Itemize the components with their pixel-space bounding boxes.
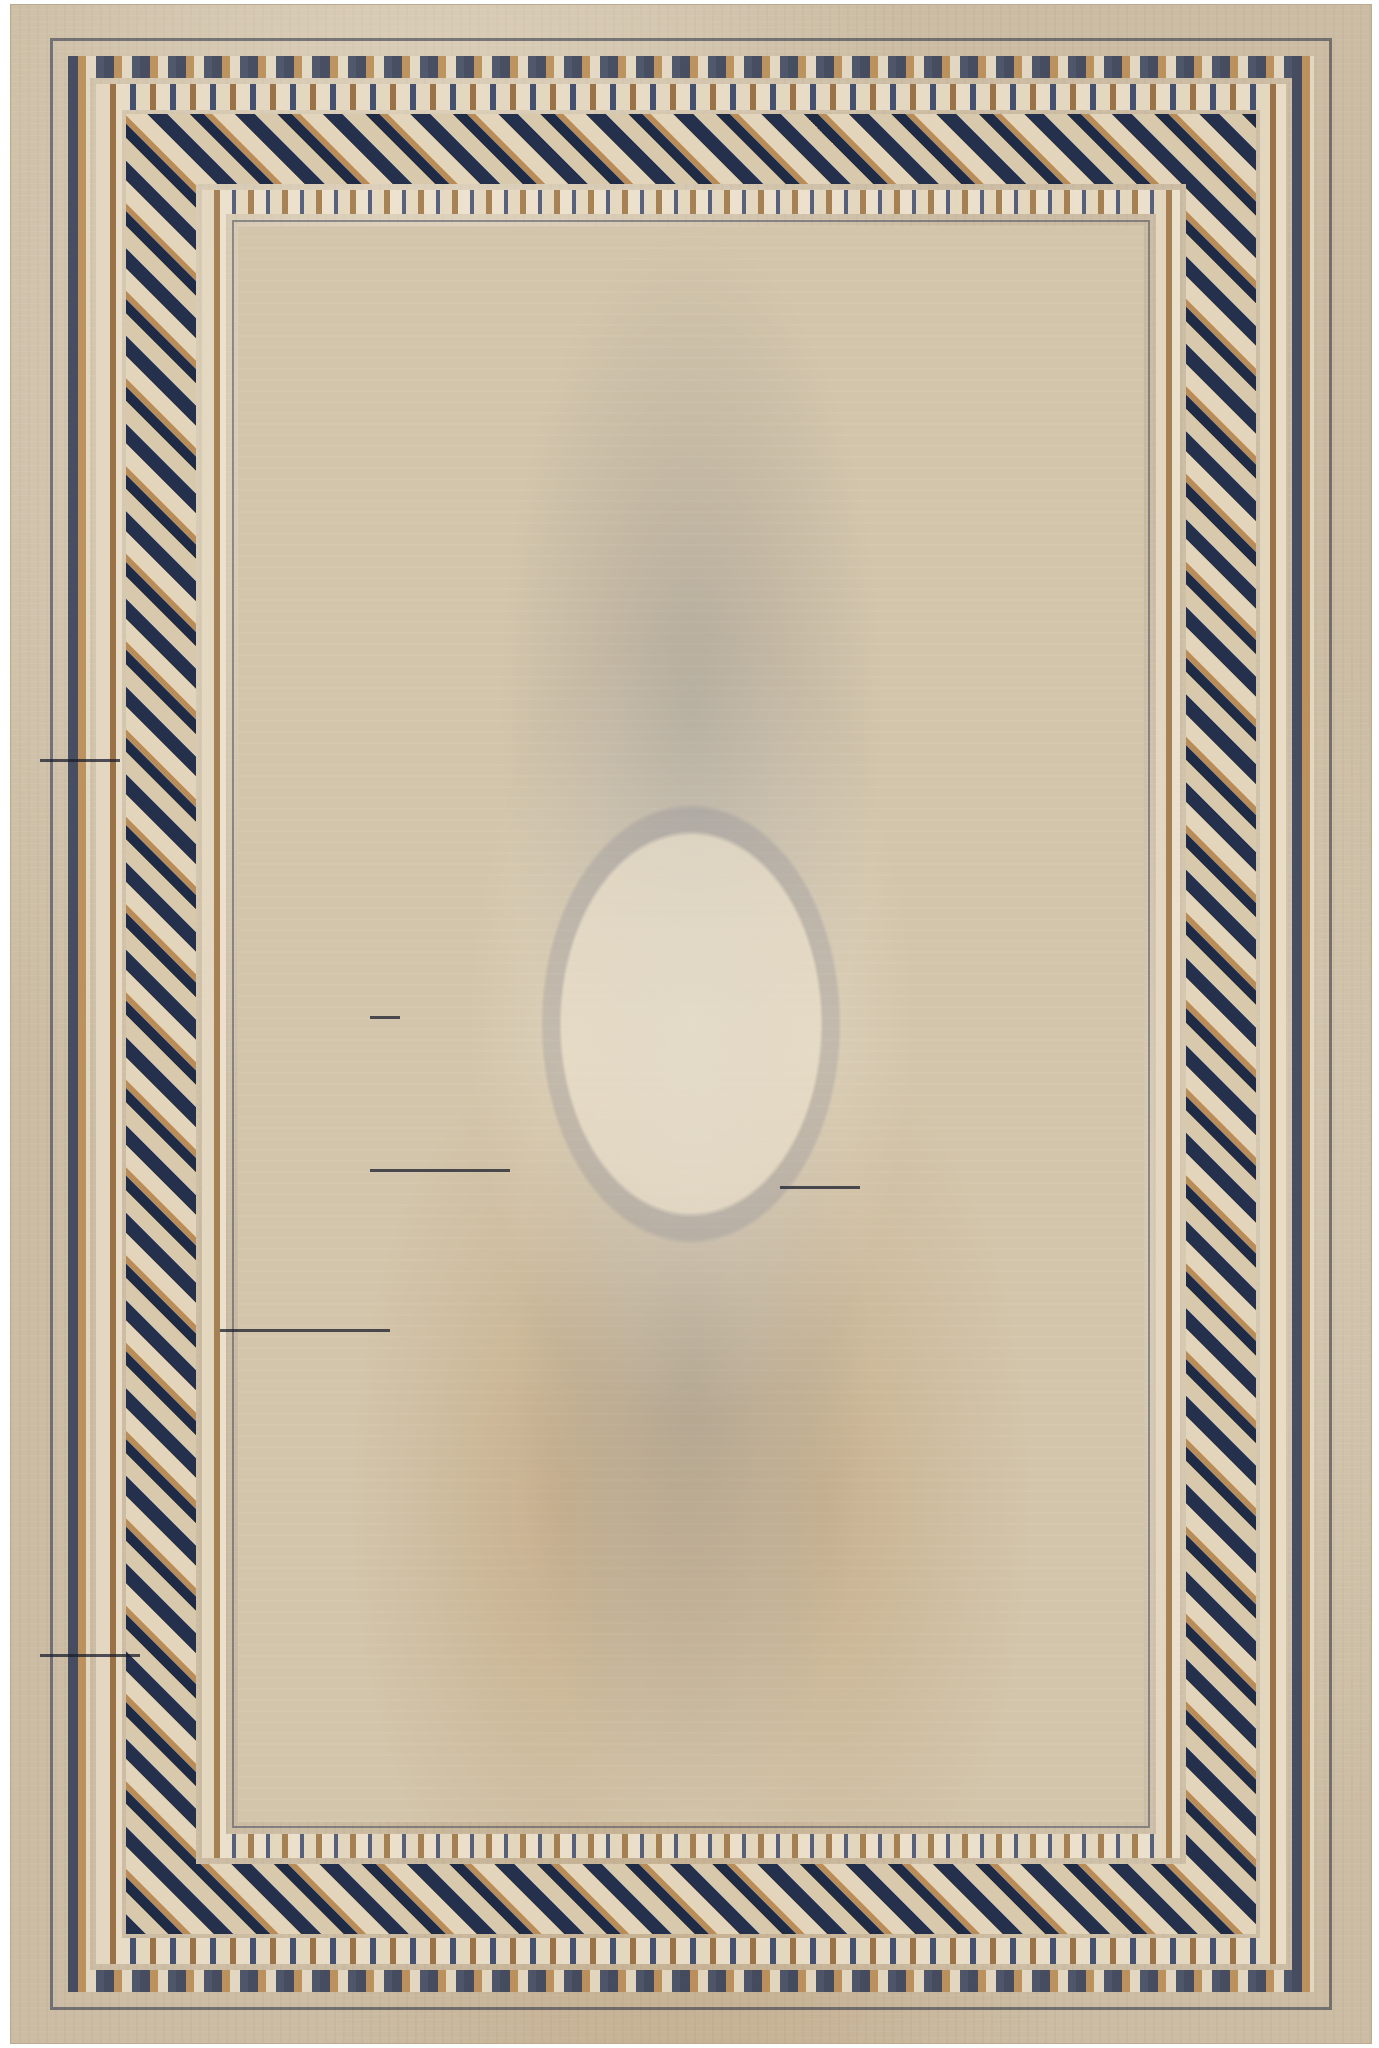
faded-medallion (431, 644, 951, 1404)
distress-line (40, 1654, 140, 1657)
distress-line (40, 759, 120, 762)
distress-line (370, 1016, 400, 1019)
distress-line (370, 1169, 510, 1172)
distress-line (780, 1186, 860, 1189)
distress-line (220, 1329, 390, 1332)
rug (10, 4, 1372, 2044)
central-field (238, 226, 1144, 1822)
